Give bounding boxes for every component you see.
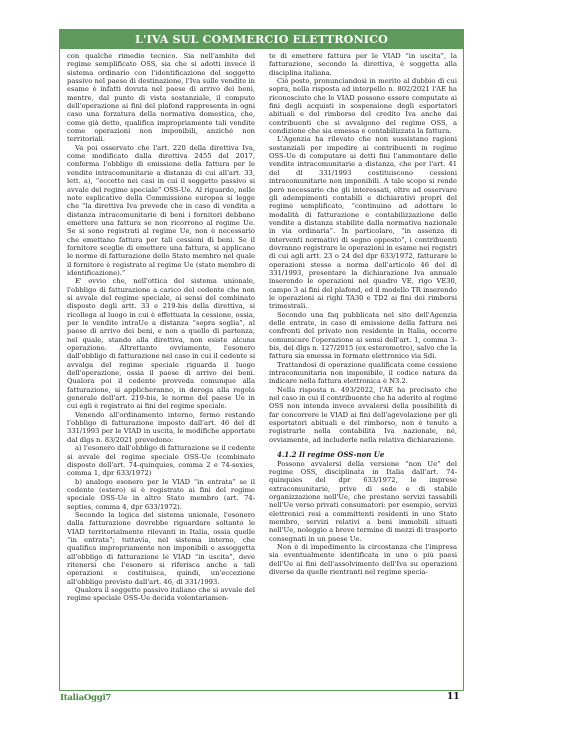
paragraph: Va poi osservato che l'art. 220 della di… <box>67 144 255 278</box>
paragraph: Qualora il soggetto passivo italiano che… <box>67 586 255 603</box>
paragraph: Nella risposta n. 493/2022, l'AE ha prec… <box>269 386 457 444</box>
article-body: con qualche rimedio tecnico. Sia nell'am… <box>67 52 457 688</box>
paragraph: Secondo una faq pubblicata nel sito dell… <box>269 311 457 361</box>
section-banner-title: L'IVA SUL COMMERCIO ELETTRONICO <box>60 30 463 49</box>
list-item-b: b) analogo esonero per le VIAD “in entra… <box>67 478 255 511</box>
paragraph: te di emettere fattura per le VIAD “in u… <box>269 52 457 77</box>
page-number: 11 <box>447 692 460 702</box>
paragraph: L'Agenzia ha rilevato che non sussistano… <box>269 135 457 310</box>
paragraph: Trattandosi di operazione qualificata co… <box>269 361 457 386</box>
subheading: 4.1.2 Il regime OSS-non Ue <box>269 451 457 459</box>
paragraph: Ciò posto, pronunciandosi in merito al d… <box>269 77 457 135</box>
right-column: te di emettere fattura per le VIAD “in u… <box>269 52 457 688</box>
paragraph: Venendo all'ordinamento interno, fermo r… <box>67 411 255 444</box>
paragraph: Possono avvalersi della versione “non Ue… <box>269 460 457 543</box>
paragraph: Non è di impedimento la circostanza che … <box>269 543 457 576</box>
paragraph: E' ovvio che, nell'ottica del sistema un… <box>67 277 255 411</box>
paragraph: Secondo la logica del sistema unionale, … <box>67 511 255 586</box>
left-column: con qualche rimedio tecnico. Sia nell'am… <box>67 52 255 688</box>
paragraph: con qualche rimedio tecnico. Sia nell'am… <box>67 52 255 144</box>
list-item-a: a) l'esonero dall'obbligo di fatturazion… <box>67 444 255 477</box>
publication-logo: ItaliaOggi7 <box>60 693 111 703</box>
